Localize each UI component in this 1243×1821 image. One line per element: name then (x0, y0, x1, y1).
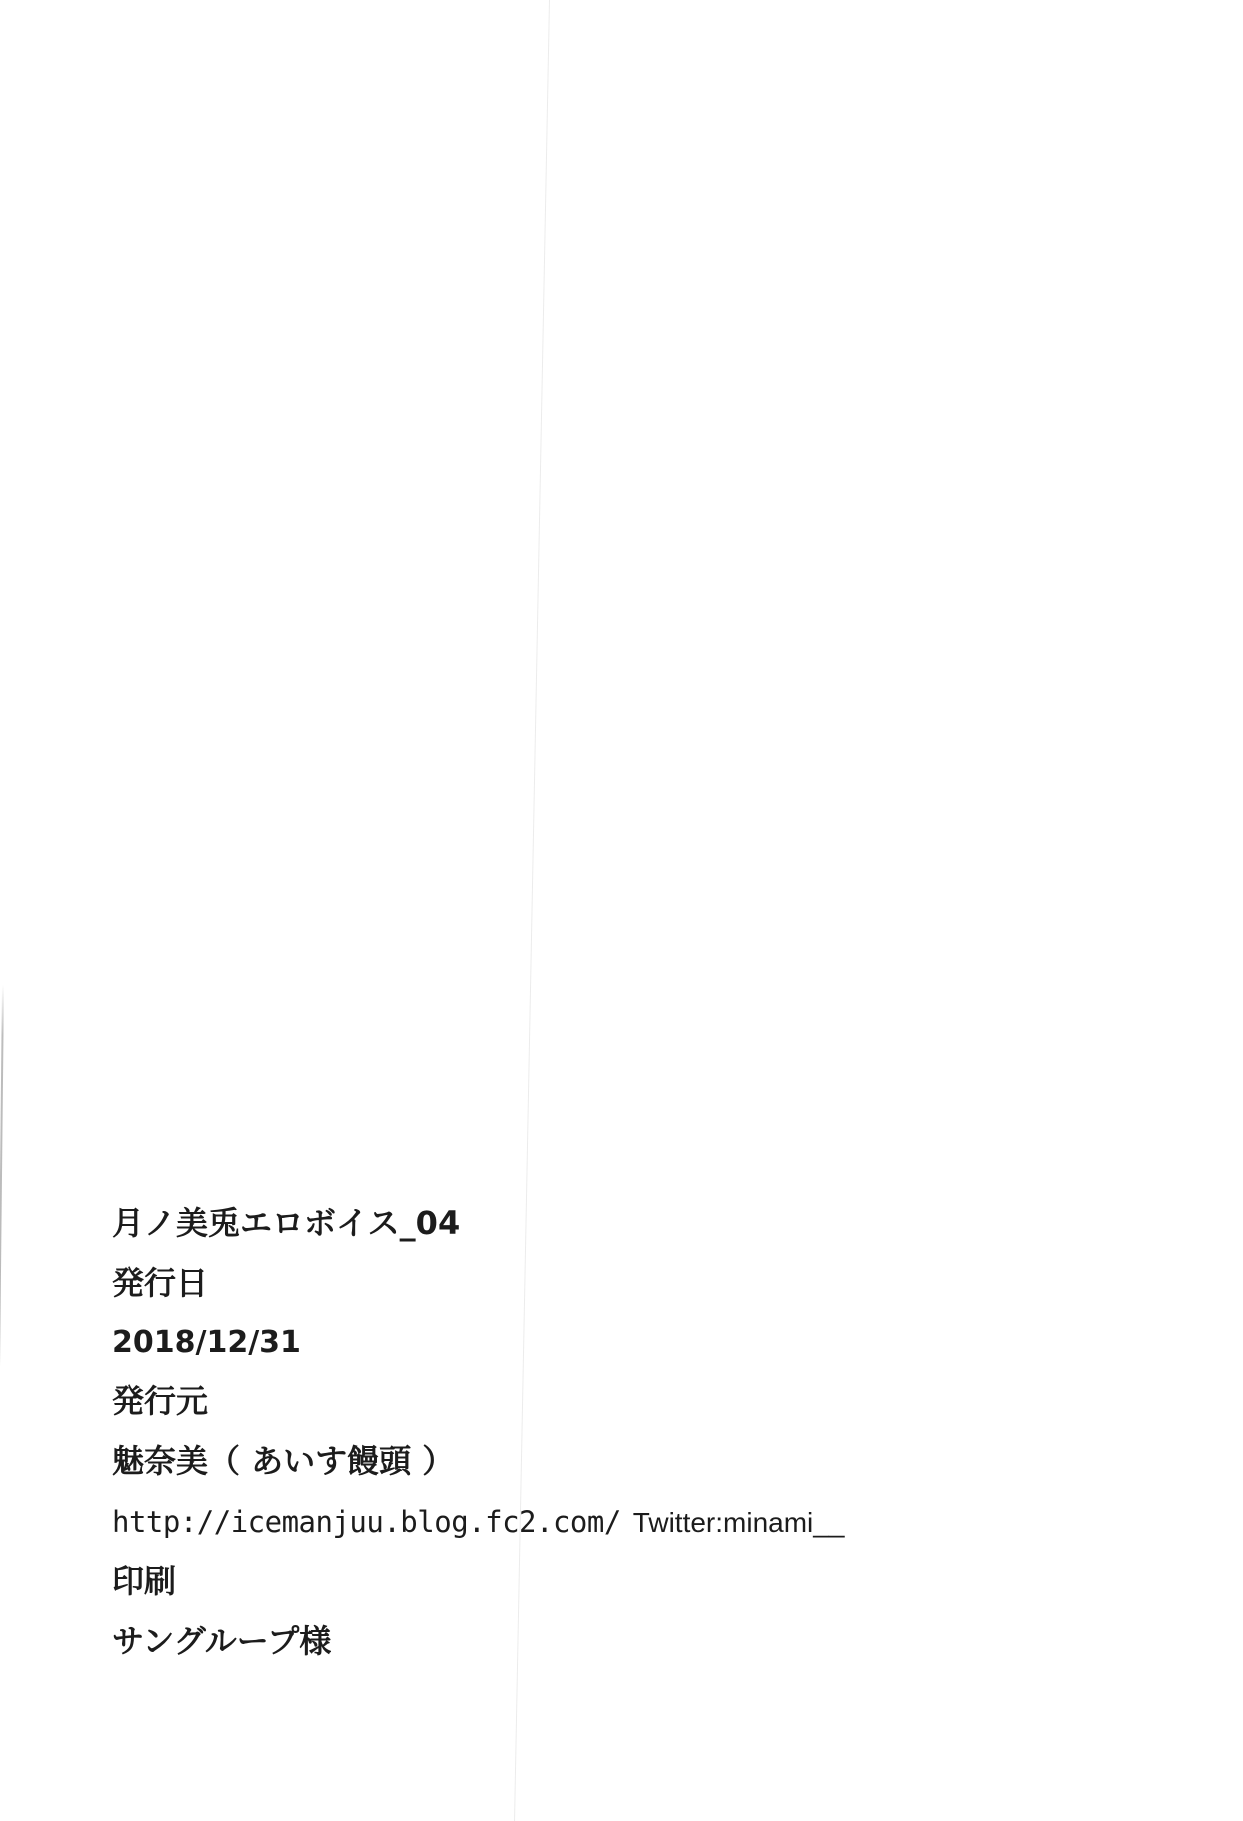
publisher-name: 魅奈美（ あいす饅頭 ） (112, 1441, 454, 1481)
printing-label: 印刷 (112, 1561, 176, 1601)
issue-date: 2018/12/31 (112, 1323, 301, 1363)
scan-edge-line (0, 985, 4, 1821)
printer-name: サングループ様 (112, 1621, 331, 1661)
book-title: 月ノ美兎エロボイス_04 (112, 1203, 460, 1243)
page-fold-line (514, 0, 550, 1821)
contact-links: http://icemanjuu.blog.fc2.com/Twitter:mi… (112, 1501, 844, 1543)
twitter-handle: Twitter:minami__ (633, 1507, 845, 1538)
issue-date-label: 発行日 (112, 1263, 208, 1303)
website-url: http://icemanjuu.blog.fc2.com/ (112, 1505, 621, 1539)
publisher-label: 発行元 (112, 1381, 208, 1421)
document-page: 月ノ美兎エロボイス_04 発行日 2018/12/31 発行元 魅奈美（ あいす… (0, 0, 1243, 1821)
